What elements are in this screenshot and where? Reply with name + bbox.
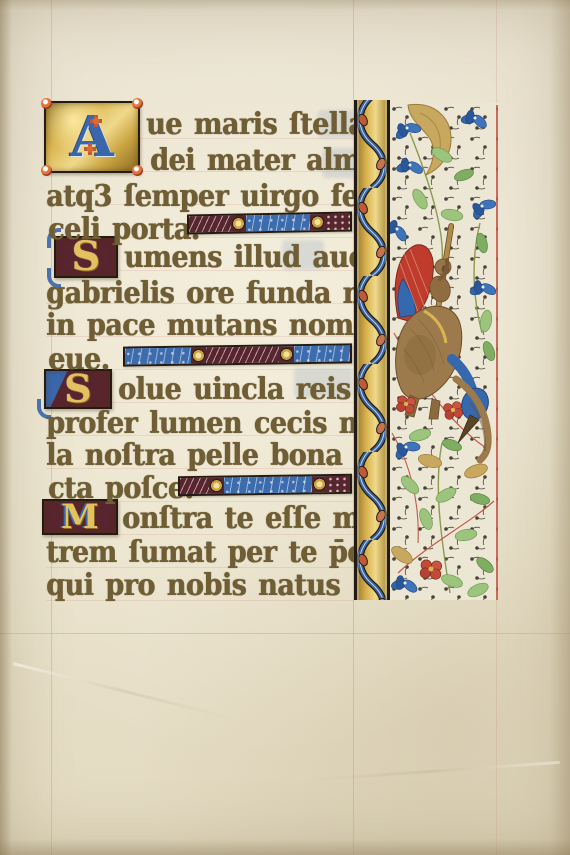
text-line: qui pro nobis natus bbox=[46, 568, 340, 603]
filler-segment bbox=[294, 345, 350, 362]
text-line: umens illud aue bbox=[124, 240, 365, 275]
gold-bead bbox=[231, 215, 246, 231]
text-line: la noſtra pelle bona cū bbox=[46, 438, 389, 473]
text-line: ue maris ſtella bbox=[146, 107, 365, 142]
corner-ball-ornament bbox=[132, 98, 143, 109]
line-filler bbox=[187, 212, 352, 235]
filler-segment bbox=[327, 476, 350, 492]
corner-ball-ornament bbox=[41, 165, 52, 176]
red-margin-rule bbox=[496, 105, 498, 600]
filler-segment bbox=[189, 216, 231, 233]
page-edge-shadow bbox=[0, 0, 12, 855]
illuminated-initial-A: A bbox=[44, 101, 140, 173]
gold-bead bbox=[310, 214, 325, 230]
manuscript-page: A S S M ue maris ſtella dei mater alma a… bbox=[0, 0, 570, 855]
filler-segment bbox=[246, 214, 309, 231]
page-edge-shadow bbox=[550, 0, 570, 855]
floret-ornament bbox=[84, 143, 96, 155]
gold-bead bbox=[191, 347, 206, 363]
gold-bead bbox=[312, 476, 327, 492]
filler-segment bbox=[125, 348, 191, 365]
parchment-crease bbox=[300, 761, 560, 782]
corner-ball-ornament bbox=[41, 98, 52, 109]
text-line: olue uincla reis bbox=[118, 372, 350, 407]
ruling-line-horizontal bbox=[0, 633, 570, 634]
text-line: dei mater alma bbox=[150, 143, 378, 178]
gold-bead bbox=[209, 478, 224, 494]
floret-ornament bbox=[90, 115, 102, 127]
text-line: gabrielis ore funda nos bbox=[46, 276, 394, 311]
page-edge-shadow bbox=[0, 0, 570, 10]
corner-ball-ornament bbox=[132, 165, 143, 176]
line-filler bbox=[123, 343, 352, 366]
parchment-crease bbox=[13, 662, 237, 721]
filler-segment bbox=[180, 478, 209, 494]
text-line: eue. bbox=[48, 342, 109, 377]
text-line: atq3 ſemper uirgo felix bbox=[46, 179, 393, 214]
filler-segment bbox=[325, 214, 350, 230]
line-filler bbox=[178, 474, 352, 496]
floral-border-panel bbox=[390, 103, 498, 600]
text-line: profer lumen cecis ma bbox=[46, 406, 384, 441]
filler-segment bbox=[206, 346, 279, 363]
gold-bead bbox=[279, 346, 294, 362]
filler-segment bbox=[224, 476, 312, 493]
text-line: trem ſumat per te p̄ces bbox=[46, 535, 394, 570]
text-line: onſtra te eſſe ma bbox=[122, 501, 377, 536]
text-line: in pace mutans nomē bbox=[46, 308, 370, 343]
page-edge-shadow bbox=[0, 839, 570, 855]
illuminated-bar-border bbox=[354, 100, 390, 600]
